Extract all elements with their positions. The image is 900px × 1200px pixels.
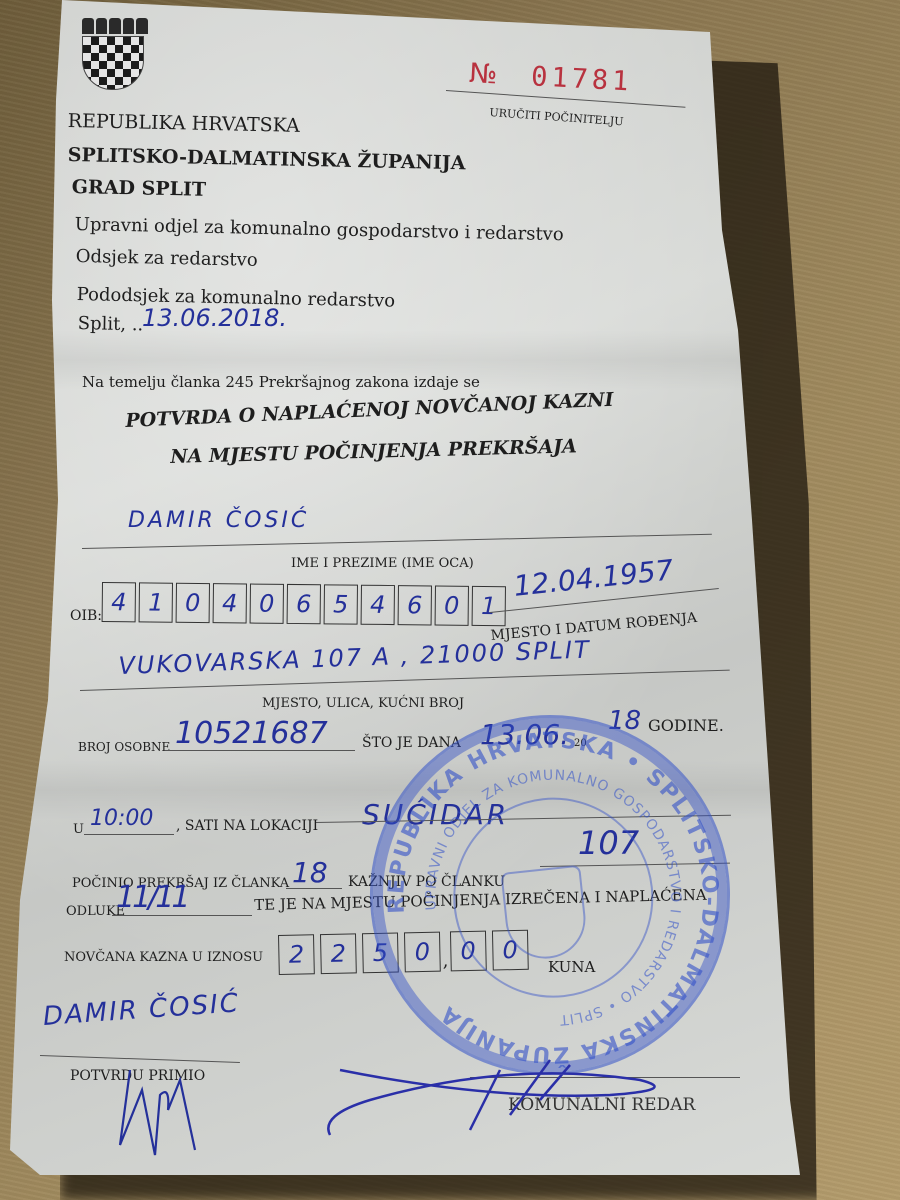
oib-digit: 4 bbox=[213, 583, 247, 623]
issue-place: Split, .. bbox=[78, 313, 144, 335]
document-title-line1: POTVRDA O NAPLAĆENOJ NOVČANOJ KAZNI bbox=[125, 389, 614, 432]
officer-signature bbox=[310, 1040, 690, 1150]
header-city: GRAD SPLIT bbox=[72, 176, 207, 201]
decision-underline bbox=[112, 915, 252, 916]
oib-digit: 6 bbox=[287, 584, 321, 624]
official-stamp: REPUBLIKA HRVATSKA • SPLITSKO-DALMATINSK… bbox=[352, 697, 748, 1093]
time-prefix: U bbox=[73, 822, 84, 837]
header-department: Upravni odjel za komunalno gospodarstvo … bbox=[75, 214, 564, 245]
serial-number: №01781 bbox=[468, 58, 633, 98]
oib-digit: 0 bbox=[176, 583, 210, 623]
article-value: 18 bbox=[292, 856, 328, 889]
oib-digit: 1 bbox=[472, 586, 506, 626]
oib-digit: 6 bbox=[398, 585, 432, 625]
svg-text:UPRAVNI ODJEL ZA KOMUNALNO GOS: UPRAVNI ODJEL ZA KOMUNALNO GOSPODARSTVO … bbox=[410, 755, 696, 1041]
oib-label: OIB: bbox=[70, 608, 102, 624]
oib-digit: 1 bbox=[139, 582, 173, 622]
id-label: BROJ OSOBNE bbox=[78, 740, 170, 754]
decision-value: 11/11 bbox=[116, 880, 187, 915]
oib-digit: 5 bbox=[324, 584, 358, 624]
document-title-line2: NA MJESTU POČINJENJA PREKRŠAJA bbox=[170, 435, 577, 468]
address-label: MJESTO, ULICA, KUĆNI BROJ bbox=[262, 696, 464, 711]
name-underline bbox=[82, 534, 712, 549]
time-label: , SATI NA LOKACIJI bbox=[176, 818, 318, 834]
oib-digit: 0 bbox=[435, 585, 469, 625]
address-value: VUKOVARSKA 107 A , 21000 SPLIT bbox=[118, 636, 591, 680]
issue-date: 13.06.2018. bbox=[142, 304, 287, 332]
id-underline bbox=[165, 750, 355, 751]
header-republic: REPUBLIKA HRVATSKA bbox=[68, 110, 300, 137]
id-value: 10521687 bbox=[175, 716, 328, 751]
oib-field: 4 1 0 4 0 6 5 4 6 0 1 bbox=[102, 582, 509, 626]
fine-label: NOVČANA KAZNA U IZNOSU bbox=[64, 950, 263, 965]
croatian-coat-of-arms-icon bbox=[82, 18, 148, 90]
oib-digit: 4 bbox=[102, 582, 136, 622]
header-county: SPLITSKO-DALMATINSKA ŽUPANIJA bbox=[68, 144, 466, 174]
stamp-inner-text: UPRAVNI ODJEL ZA KOMUNALNO GOSPODARSTVO … bbox=[410, 755, 696, 1041]
offender-name-value: DAMIR ČOSIĆ bbox=[128, 508, 309, 533]
time-value: 10:00 bbox=[90, 806, 153, 831]
header-section: Odsjek za redarstvo bbox=[76, 246, 258, 271]
recipient-name-handwritten: DAMIR ČOSIĆ bbox=[42, 988, 241, 1032]
name-label: IME I PREZIME (IME OCA) bbox=[291, 556, 474, 571]
time-underline bbox=[84, 834, 174, 835]
oib-digit: 0 bbox=[250, 584, 284, 624]
fine-digit: 2 bbox=[320, 933, 357, 974]
legal-basis: Na temelju članka 245 Prekršajnog zakona… bbox=[82, 373, 480, 391]
fine-digit: 2 bbox=[278, 934, 315, 975]
serial-caption: URUČITI POČINITELJU bbox=[489, 106, 624, 128]
recipient-signature bbox=[100, 1050, 220, 1160]
oib-digit: 4 bbox=[361, 585, 395, 625]
article-underline bbox=[286, 888, 342, 889]
